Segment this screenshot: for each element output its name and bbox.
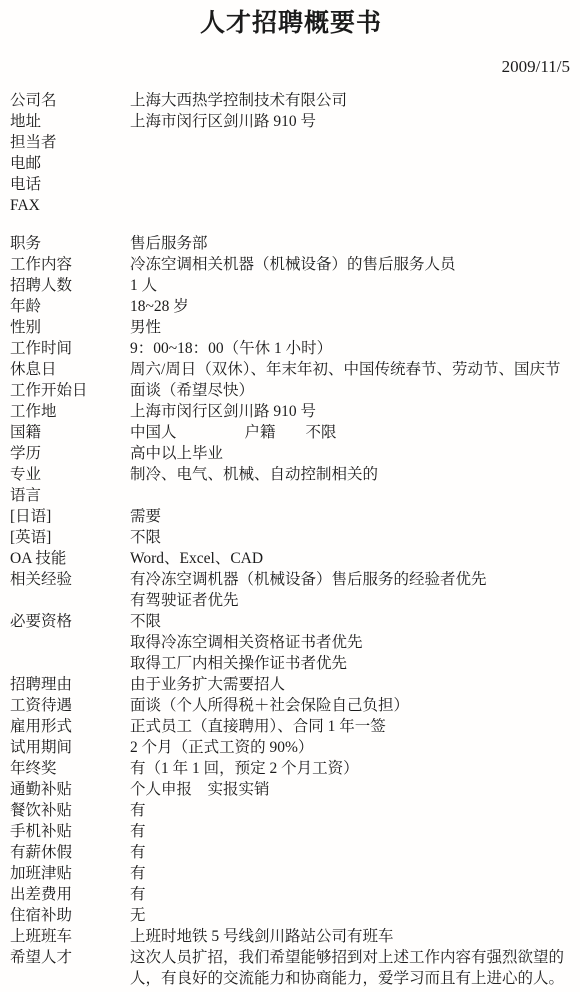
field-label: 上班班车	[10, 926, 130, 947]
field-label: 地址	[10, 111, 130, 132]
field-row: 手机补贴 有	[10, 821, 572, 842]
field-row: 电话	[10, 174, 572, 195]
field-label: 休息日	[10, 359, 130, 380]
field-label: 加班津贴	[10, 863, 130, 884]
field-value: 制冷、电气、机械、自动控制相关的	[130, 464, 378, 485]
field-value: 冷冻空调相关机器（机械设备）的售后服务人员	[130, 254, 456, 275]
field-label: 担当者	[10, 132, 130, 153]
field-value: 有冷冻空调机器（机械设备）售后服务的经验者优先 有驾驶证者优先	[130, 569, 487, 611]
field-value: 高中以上毕业	[130, 443, 223, 464]
field-value: 售后服务部	[130, 233, 208, 254]
field-label: 相关经验	[10, 569, 130, 590]
field-label: 年终奖	[10, 758, 130, 779]
field-value: 个人申报 实报实销	[130, 779, 270, 800]
field-value: 正式员工（直接聘用）、合同 1 年一签	[130, 716, 386, 737]
field-row: [英语] 不限	[10, 527, 572, 548]
field-row: 地址 上海市闵行区剑川路 910 号	[10, 111, 572, 132]
field-label: 通勤补贴	[10, 779, 130, 800]
field-row: 试用期间 2 个月（正式工资的 90%）	[10, 737, 572, 758]
field-label: 语言	[10, 485, 130, 506]
contact-section: 公司名 上海大西热学控制技术有限公司 地址 上海市闵行区剑川路 910 号 担当…	[10, 90, 572, 216]
field-value: 面谈（希望尽快）	[130, 380, 254, 401]
field-row: 语言	[10, 485, 572, 506]
field-label: 专业	[10, 464, 130, 485]
field-row: 工作时间 9：00~18：00（午休 1 小时）	[10, 338, 572, 359]
field-label: 工资待遇	[10, 695, 130, 716]
field-label: 必要资格	[10, 611, 130, 632]
field-label: 出差费用	[10, 884, 130, 905]
household-register-value: 不限	[306, 422, 337, 443]
field-label: 餐饮补贴	[10, 800, 130, 821]
details-section: 职务 售后服务部 工作内容 冷冻空调相关机器（机械设备）的售后服务人员 招聘人数…	[10, 233, 572, 989]
field-value: 上海市闵行区剑川路 910 号	[130, 401, 316, 422]
field-row: 有薪休假 有	[10, 842, 572, 863]
field-row: 招聘人数 1 人	[10, 275, 572, 296]
field-value: 中国人	[130, 422, 177, 443]
field-value: 有（1 年 1 回，预定 2 个月工资）	[130, 758, 359, 779]
field-value: 有	[130, 800, 146, 821]
field-label: 工作内容	[10, 254, 130, 275]
field-row: 住宿补助 无	[10, 905, 572, 926]
field-label: 电邮	[10, 153, 130, 174]
field-row: 上班班车 上班时地铁 5 号线剑川路站公司有班车	[10, 926, 572, 947]
field-label: 雇用形式	[10, 716, 130, 737]
field-label: FAX	[10, 195, 130, 216]
field-row: 专业 制冷、电气、机械、自动控制相关的	[10, 464, 572, 485]
field-label: 有薪休假	[10, 842, 130, 863]
field-label: 住宿补助	[10, 905, 130, 926]
field-row: 职务 售后服务部	[10, 233, 572, 254]
field-label: [英语]	[10, 527, 130, 548]
household-register-label: 户籍	[245, 422, 276, 443]
field-value: 上班时地铁 5 号线剑川路站公司有班车	[130, 926, 394, 947]
field-value: 1 人	[130, 275, 157, 296]
field-row: 加班津贴 有	[10, 863, 572, 884]
field-row: 招聘理由 由于业务扩大需要招人	[10, 674, 572, 695]
field-row: 性别 男性	[10, 317, 572, 338]
field-label: 招聘理由	[10, 674, 130, 695]
field-row: 工作内容 冷冻空调相关机器（机械设备）的售后服务人员	[10, 254, 572, 275]
field-value: 上海市闵行区剑川路 910 号	[130, 111, 316, 132]
field-label: 招聘人数	[10, 275, 130, 296]
field-value: 9：00~18：00（午休 1 小时）	[130, 338, 332, 359]
field-label: 学历	[10, 443, 130, 464]
field-row: 相关经验 有冷冻空调机器（机械设备）售后服务的经验者优先 有驾驶证者优先	[10, 569, 572, 611]
field-row: 餐饮补贴 有	[10, 800, 572, 821]
field-value: 由于业务扩大需要招人	[130, 674, 285, 695]
field-label: 公司名	[10, 90, 130, 111]
field-label: 职务	[10, 233, 130, 254]
field-row: 休息日 周六/周日（双休）、年末年初、中国传统春节、劳动节、国庆节	[10, 359, 572, 380]
field-row: 工资待遇 面谈（个人所得税＋社会保险自己负担）	[10, 695, 572, 716]
field-value: 有	[130, 821, 146, 842]
field-label: 工作地	[10, 401, 130, 422]
field-value: 有	[130, 863, 146, 884]
field-value: 需要	[130, 506, 161, 527]
field-value: 无	[130, 905, 146, 926]
field-label: 试用期间	[10, 737, 130, 758]
field-label: 希望人才	[10, 947, 130, 968]
field-value: 上海大西热学控制技术有限公司	[130, 90, 347, 111]
field-label: [日语]	[10, 506, 130, 527]
field-row: 电邮	[10, 153, 572, 174]
field-label: 工作开始日	[10, 380, 130, 401]
field-label: 手机补贴	[10, 821, 130, 842]
field-row: 学历 高中以上毕业	[10, 443, 572, 464]
field-row: 雇用形式 正式员工（直接聘用）、合同 1 年一签	[10, 716, 572, 737]
field-row: OA 技能 Word、Excel、CAD	[10, 548, 572, 569]
field-row: 工作地 上海市闵行区剑川路 910 号	[10, 401, 572, 422]
field-value: 不限 取得冷冻空调相关资格证书者优先 取得工厂内相关操作证书者优先	[130, 611, 363, 674]
field-row: 年龄 18~28 岁	[10, 296, 572, 317]
field-row: 通勤补贴 个人申报 实报实销	[10, 779, 572, 800]
field-label: 性别	[10, 317, 130, 338]
recruitment-summary-document: 人才招聘概要书 2009/11/5 公司名 上海大西热学控制技术有限公司 地址 …	[0, 0, 580, 992]
section-divider	[10, 216, 572, 233]
field-value: 不限	[130, 527, 161, 548]
field-row: 必要资格 不限 取得冷冻空调相关资格证书者优先 取得工厂内相关操作证书者优先	[10, 611, 572, 674]
field-value: 这次人员扩招，我们希望能够招到对上述工作内容有强烈欲望的 人，有良好的交流能力和…	[130, 947, 564, 989]
field-label: 年龄	[10, 296, 130, 317]
field-value: 面谈（个人所得税＋社会保险自己负担）	[130, 695, 409, 716]
document-title: 人才招聘概要书	[10, 8, 572, 40]
field-value: 有	[130, 884, 146, 905]
field-value: Word、Excel、CAD	[130, 548, 263, 569]
field-row: 工作开始日 面谈（希望尽快）	[10, 380, 572, 401]
field-value: 周六/周日（双休）、年末年初、中国传统春节、劳动节、国庆节	[130, 359, 561, 380]
field-row: 出差费用 有	[10, 884, 572, 905]
field-row: 担当者	[10, 132, 572, 153]
field-row: 希望人才 这次人员扩招，我们希望能够招到对上述工作内容有强烈欲望的 人，有良好的…	[10, 947, 572, 989]
field-value: 2 个月（正式工资的 90%）	[130, 737, 313, 758]
field-label: OA 技能	[10, 548, 130, 569]
field-value: 18~28 岁	[130, 296, 189, 317]
field-label: 国籍	[10, 422, 130, 443]
field-row: [日语] 需要	[10, 506, 572, 527]
field-row: 国籍 中国人 户籍 不限	[10, 422, 572, 443]
field-row: 公司名 上海大西热学控制技术有限公司	[10, 90, 572, 111]
field-value: 有	[130, 842, 146, 863]
document-date: 2009/11/5	[10, 56, 570, 78]
field-label: 工作时间	[10, 338, 130, 359]
field-row: 年终奖 有（1 年 1 回，预定 2 个月工资）	[10, 758, 572, 779]
field-row: FAX	[10, 195, 572, 216]
field-value: 男性	[130, 317, 161, 338]
field-label: 电话	[10, 174, 130, 195]
